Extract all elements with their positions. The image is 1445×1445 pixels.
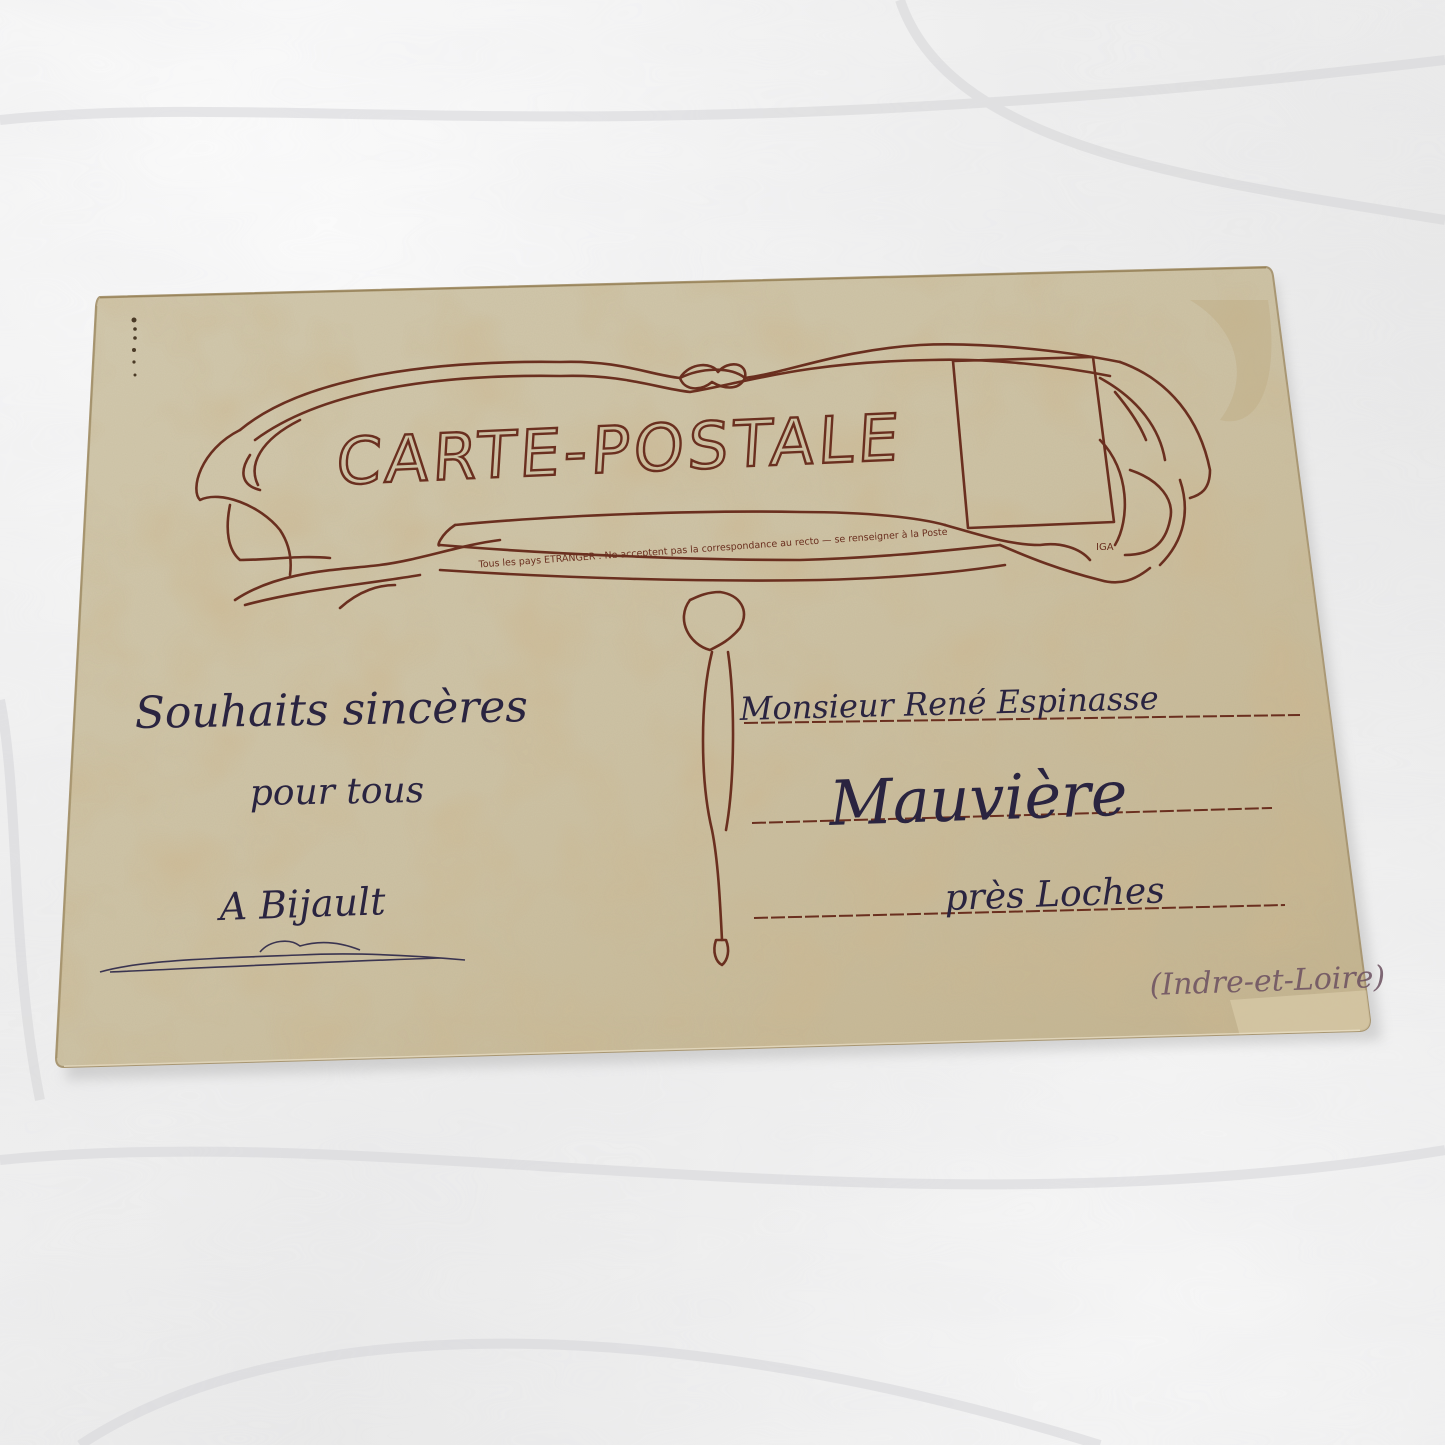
photo-scene: CARTE-POSTALE Tous les pays ETRANGER : N…	[0, 0, 1445, 1445]
message-line-2: pour tous	[249, 770, 424, 814]
printer-mark: IGA	[1096, 542, 1114, 553]
signature: A Bijault	[216, 879, 387, 929]
message-line-1: Souhaits sincères	[134, 681, 528, 739]
address-line-3: près Loches	[944, 870, 1165, 919]
address-line-2: Mauvière	[827, 757, 1129, 840]
